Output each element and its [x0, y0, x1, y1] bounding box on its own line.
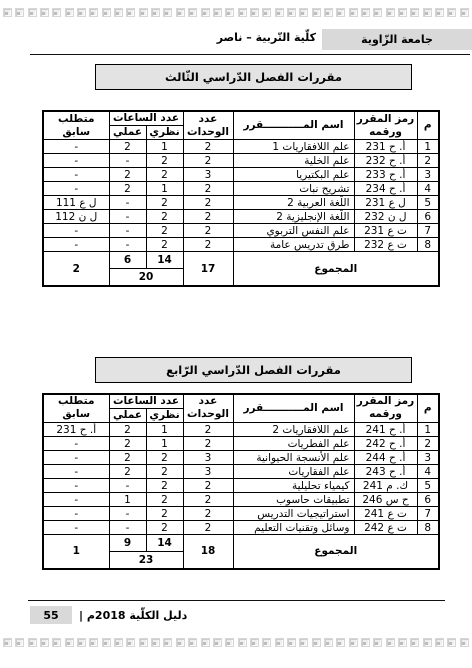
cell-theory-hours: 1 — [146, 140, 183, 154]
header-hours: عدد الساعات — [109, 111, 183, 126]
decor-square — [349, 638, 358, 647]
cell-theory-hours: 2 — [146, 451, 183, 465]
decor-square — [163, 638, 172, 647]
cell-practical-hours: 2 — [109, 423, 146, 437]
cell-course-name: علم اللافقاريات 2 — [233, 423, 354, 437]
decor-square — [114, 638, 123, 647]
decor-square — [3, 8, 12, 17]
cell-course-code: ل ع 231 — [354, 196, 417, 210]
cell-units: 2 — [183, 210, 233, 224]
decor-square — [176, 638, 185, 647]
decor-square — [15, 8, 24, 17]
course-row: 1أ. ح 231علم اللافقاريات 1212- — [43, 140, 439, 154]
decor-square — [262, 8, 271, 17]
cell-units: 2 — [183, 479, 233, 493]
course-row: 4أ. ح 243علم الفقاريات322- — [43, 465, 439, 479]
cell-row-number: 1 — [417, 423, 439, 437]
page-footer: 55 دليل الكلّية 2018م | — [30, 606, 187, 624]
total-prerequisite: 2 — [43, 252, 109, 286]
header-course-name: اسم المـــــــــــقرر — [233, 111, 354, 140]
page-header: جامعة الزّاوية كلّية التّربية – ناصر — [0, 29, 472, 50]
cell-practical-hours: 2 — [109, 465, 146, 479]
semester3-title-box: مقررات الفصل الدّراسي الثّالث — [95, 64, 412, 90]
cell-practical-hours: - — [109, 154, 146, 168]
table-header-row: م رمز المقرر ورقمه اسم المـــــــــــقرر… — [43, 111, 439, 126]
cell-prerequisite: أ. ح 231 — [43, 423, 109, 437]
cell-row-number: 6 — [417, 493, 439, 507]
decor-square — [460, 638, 469, 647]
semester3-table: م رمز المقرر ورقمه اسم المـــــــــــقرر… — [42, 110, 440, 287]
cell-units: 3 — [183, 451, 233, 465]
cell-practical-hours: 2 — [109, 451, 146, 465]
cell-row-number: 4 — [417, 182, 439, 196]
cell-course-code: ت ع 231 — [354, 224, 417, 238]
decor-square — [238, 8, 247, 17]
decor-square — [151, 638, 160, 647]
cell-theory-hours: 1 — [146, 182, 183, 196]
total-practical-hours: 9 — [109, 535, 146, 552]
semester3-title: مقررات الفصل الدّراسي الثّالث — [165, 70, 342, 84]
page-number-box: 55 — [30, 606, 72, 624]
cell-theory-hours: 2 — [146, 465, 183, 479]
semester4-title: مقررات الفصل الدّراسي الرّابع — [166, 363, 341, 377]
cell-course-code: أ. ح 233 — [354, 168, 417, 182]
header-practical: عملي — [109, 126, 146, 140]
decor-square — [225, 8, 234, 17]
decor-square — [238, 638, 247, 647]
cell-course-code: ك. م 241 — [354, 479, 417, 493]
decor-square — [410, 8, 419, 17]
cell-units: 2 — [183, 182, 233, 196]
cell-course-name: علم البكتيريا — [233, 168, 354, 182]
course-row: 7ت ع 231علم النفس التربوي22-- — [43, 224, 439, 238]
header-units: عدد الوحدات — [183, 111, 233, 140]
decor-square — [349, 8, 358, 17]
cell-prerequisite: ل ن 112 — [43, 210, 109, 224]
cell-course-name: كيمياء تحليلية — [233, 479, 354, 493]
decor-square — [28, 638, 37, 647]
total-prerequisite: 1 — [43, 535, 109, 569]
decor-square — [28, 8, 37, 17]
decor-square — [188, 638, 197, 647]
table-header-row: م رمز المقرر ورقمه اسم المـــــــــــقرر… — [43, 394, 439, 409]
cell-course-name: تشريح نبات — [233, 182, 354, 196]
decor-square — [139, 638, 148, 647]
cell-prerequisite: - — [43, 479, 109, 493]
decor-square — [299, 638, 308, 647]
cell-theory-hours: 2 — [146, 154, 183, 168]
cell-theory-hours: 2 — [146, 168, 183, 182]
course-row: 8ت ع 242وسائل وتقنيات التعليم22-- — [43, 521, 439, 535]
decor-square — [250, 638, 259, 647]
decor-square — [114, 8, 123, 17]
cell-units: 2 — [183, 507, 233, 521]
cell-prerequisite: - — [43, 182, 109, 196]
cell-units: 2 — [183, 196, 233, 210]
cell-prerequisite: - — [43, 140, 109, 154]
decor-square — [201, 638, 210, 647]
cell-units: 2 — [183, 154, 233, 168]
cell-course-name: وسائل وتقنيات التعليم — [233, 521, 354, 535]
total-hours-sum: 20 — [109, 269, 183, 286]
decor-square — [126, 8, 135, 17]
header-prerequisite: متطلب سابق — [43, 394, 109, 423]
decor-square — [410, 638, 419, 647]
decor-square — [275, 8, 284, 17]
decor-square — [312, 638, 321, 647]
decor-square — [435, 638, 444, 647]
decor-square — [201, 8, 210, 17]
header-theory: نظري — [146, 408, 183, 422]
header-hours: عدد الساعات — [109, 394, 183, 409]
decor-square — [373, 8, 382, 17]
cell-row-number: 8 — [417, 521, 439, 535]
cell-prerequisite: - — [43, 437, 109, 451]
total-label: المجموع — [233, 535, 439, 569]
header-course-code: رمز المقرر ورقمه — [354, 111, 417, 140]
header-index: م — [417, 394, 439, 423]
cell-theory-hours: 2 — [146, 196, 183, 210]
total-theory-hours: 14 — [146, 252, 183, 269]
cell-theory-hours: 1 — [146, 423, 183, 437]
cell-course-code: ل ن 232 — [354, 210, 417, 224]
cell-course-name: علم الفطريات — [233, 437, 354, 451]
cell-practical-hours: - — [109, 210, 146, 224]
decor-square — [460, 8, 469, 17]
cell-theory-hours: 2 — [146, 479, 183, 493]
header-index: م — [417, 111, 439, 140]
cell-course-code: أ. ح 231 — [354, 140, 417, 154]
cell-course-code: أ. ح 242 — [354, 437, 417, 451]
decor-square — [77, 638, 86, 647]
cell-course-name: علم الخلية — [233, 154, 354, 168]
cell-row-number: 4 — [417, 465, 439, 479]
cell-row-number: 7 — [417, 224, 439, 238]
cell-row-number: 2 — [417, 154, 439, 168]
decor-square — [423, 638, 432, 647]
cell-course-code: أ. ح 243 — [354, 465, 417, 479]
cell-course-name: استراتيجيات التدريس — [233, 507, 354, 521]
header-course-name: اسم المـــــــــــقرر — [233, 394, 354, 423]
course-row: 2أ. ح 242علم الفطريات212- — [43, 437, 439, 451]
cell-practical-hours: 2 — [109, 168, 146, 182]
decor-square — [262, 638, 271, 647]
course-row: 4أ. ح 234تشريح نبات212- — [43, 182, 439, 196]
cell-theory-hours: 2 — [146, 507, 183, 521]
cell-course-code: أ. ح 232 — [354, 154, 417, 168]
total-units: 18 — [183, 535, 233, 569]
decor-square — [176, 8, 185, 17]
cell-course-code: ت ع 241 — [354, 507, 417, 521]
header-practical: عملي — [109, 408, 146, 422]
course-row: 3أ. ح 244علم الأنسجة الحيوانية322- — [43, 451, 439, 465]
decor-square — [447, 638, 456, 647]
decor-square — [324, 638, 333, 647]
cell-prerequisite: - — [43, 168, 109, 182]
cell-prerequisite: - — [43, 238, 109, 252]
decor-square — [52, 638, 61, 647]
cell-course-name: علم الأنسجة الحيوانية — [233, 451, 354, 465]
decor-square — [188, 8, 197, 17]
header-divider — [30, 54, 470, 55]
decor-square — [361, 8, 370, 17]
cell-row-number: 1 — [417, 140, 439, 154]
cell-theory-hours: 2 — [146, 224, 183, 238]
header-course-code: رمز المقرر ورقمه — [354, 394, 417, 423]
cell-course-code: أ. ح 234 — [354, 182, 417, 196]
decor-square — [361, 638, 370, 647]
decor-square — [65, 8, 74, 17]
footer-text: دليل الكلّية 2018م | — [79, 609, 187, 622]
cell-units: 2 — [183, 423, 233, 437]
decor-square — [15, 638, 24, 647]
decor-square — [65, 638, 74, 647]
semester4-title-box: مقررات الفصل الدّراسي الرّابع — [95, 357, 412, 383]
decorative-border-top — [0, 8, 472, 21]
decor-square — [151, 8, 160, 17]
cell-units: 2 — [183, 238, 233, 252]
cell-course-name: اللّغة العربية 2 — [233, 196, 354, 210]
cell-units: 2 — [183, 521, 233, 535]
header-units: عدد الوحدات — [183, 394, 233, 423]
cell-prerequisite: ل ع 111 — [43, 196, 109, 210]
decor-square — [336, 638, 345, 647]
decor-square — [89, 638, 98, 647]
decor-square — [163, 8, 172, 17]
decorative-border-bottom — [0, 638, 472, 651]
decor-square — [447, 8, 456, 17]
decor-square — [89, 8, 98, 17]
decor-square — [299, 8, 308, 17]
cell-course-code: ت ع 232 — [354, 238, 417, 252]
cell-course-code: أ. ح 241 — [354, 423, 417, 437]
cell-practical-hours: - — [109, 507, 146, 521]
faculty-name: كلّية التّربية – ناصر — [217, 31, 316, 44]
cell-practical-hours: - — [109, 479, 146, 493]
university-name-box: جامعة الزّاوية — [322, 29, 472, 50]
course-row: 2أ. ح 232علم الخلية22-- — [43, 154, 439, 168]
course-row: 5ك. م 241كيمياء تحليلية22-- — [43, 479, 439, 493]
cell-practical-hours: - — [109, 521, 146, 535]
course-row: 8ت ع 232طرق تدريس عامة22-- — [43, 238, 439, 252]
cell-prerequisite: - — [43, 521, 109, 535]
cell-row-number: 2 — [417, 437, 439, 451]
decor-square — [386, 638, 395, 647]
cell-practical-hours: - — [109, 224, 146, 238]
course-row: 6ل ن 232اللّغة الإنجليزية 222-ل ن 112 — [43, 210, 439, 224]
cell-theory-hours: 2 — [146, 238, 183, 252]
university-name: جامعة الزّاوية — [361, 33, 433, 46]
decor-square — [435, 8, 444, 17]
cell-row-number: 8 — [417, 238, 439, 252]
total-units: 17 — [183, 252, 233, 286]
decor-square — [324, 8, 333, 17]
course-row: 6ح س 246تطبيقات حاسوب221- — [43, 493, 439, 507]
decor-square — [398, 638, 407, 647]
cell-units: 2 — [183, 437, 233, 451]
cell-course-name: طرق تدريس عامة — [233, 238, 354, 252]
cell-row-number: 3 — [417, 451, 439, 465]
decor-square — [398, 8, 407, 17]
decor-square — [225, 638, 234, 647]
total-label: المجموع — [233, 252, 439, 286]
decor-square — [250, 8, 259, 17]
cell-course-name: تطبيقات حاسوب — [233, 493, 354, 507]
cell-prerequisite: - — [43, 451, 109, 465]
cell-practical-hours: 1 — [109, 493, 146, 507]
total-theory-hours: 14 — [146, 535, 183, 552]
page-number: 55 — [43, 609, 58, 622]
cell-prerequisite: - — [43, 224, 109, 238]
cell-course-code: ت ع 242 — [354, 521, 417, 535]
total-hours-sum: 23 — [109, 552, 183, 569]
decor-square — [126, 638, 135, 647]
decor-square — [386, 8, 395, 17]
cell-prerequisite: - — [43, 493, 109, 507]
cell-course-code: ح س 246 — [354, 493, 417, 507]
cell-theory-hours: 2 — [146, 521, 183, 535]
decor-square — [423, 8, 432, 17]
course-row: 7ت ع 241استراتيجيات التدريس22-- — [43, 507, 439, 521]
decor-square — [102, 638, 111, 647]
decor-square — [3, 638, 12, 647]
course-row: 5ل ع 231اللّغة العربية 222-ل ع 111 — [43, 196, 439, 210]
cell-practical-hours: 2 — [109, 140, 146, 154]
cell-units: 2 — [183, 224, 233, 238]
decor-square — [77, 8, 86, 17]
header-theory: نظري — [146, 126, 183, 140]
course-row: 3أ. ح 233علم البكتيريا322- — [43, 168, 439, 182]
cell-prerequisite: - — [43, 465, 109, 479]
cell-row-number: 5 — [417, 479, 439, 493]
cell-units: 2 — [183, 140, 233, 154]
cell-course-name: اللّغة الإنجليزية 2 — [233, 210, 354, 224]
cell-practical-hours: 2 — [109, 182, 146, 196]
cell-practical-hours: - — [109, 196, 146, 210]
decor-square — [287, 638, 296, 647]
cell-units: 2 — [183, 493, 233, 507]
decor-square — [213, 8, 222, 17]
decor-square — [52, 8, 61, 17]
total-row: المجموع 17 14 6 2 — [43, 252, 439, 269]
cell-theory-hours: 2 — [146, 210, 183, 224]
cell-units: 3 — [183, 168, 233, 182]
semester4-table: م رمز المقرر ورقمه اسم المـــــــــــقرر… — [42, 393, 440, 570]
cell-theory-hours: 2 — [146, 493, 183, 507]
decor-square — [40, 8, 49, 17]
decor-square — [40, 638, 49, 647]
decor-square — [213, 638, 222, 647]
decor-square — [139, 8, 148, 17]
decor-square — [275, 638, 284, 647]
decor-square — [102, 8, 111, 17]
cell-theory-hours: 1 — [146, 437, 183, 451]
cell-course-name: علم النفس التربوي — [233, 224, 354, 238]
decor-square — [373, 638, 382, 647]
decor-square — [287, 8, 296, 17]
cell-row-number: 3 — [417, 168, 439, 182]
cell-row-number: 7 — [417, 507, 439, 521]
course-row: 1أ. ح 241علم اللافقاريات 2212أ. ح 231 — [43, 423, 439, 437]
cell-row-number: 5 — [417, 196, 439, 210]
cell-practical-hours: 2 — [109, 437, 146, 451]
footer-divider — [28, 600, 445, 601]
cell-course-code: أ. ح 244 — [354, 451, 417, 465]
cell-course-name: علم اللافقاريات 1 — [233, 140, 354, 154]
cell-prerequisite: - — [43, 507, 109, 521]
header-prerequisite: متطلب سابق — [43, 111, 109, 140]
decor-square — [336, 8, 345, 17]
cell-course-name: علم الفقاريات — [233, 465, 354, 479]
cell-prerequisite: - — [43, 154, 109, 168]
total-practical-hours: 6 — [109, 252, 146, 269]
decor-square — [312, 8, 321, 17]
cell-practical-hours: - — [109, 238, 146, 252]
cell-units: 3 — [183, 465, 233, 479]
cell-row-number: 6 — [417, 210, 439, 224]
total-row: المجموع 18 14 9 1 — [43, 535, 439, 552]
